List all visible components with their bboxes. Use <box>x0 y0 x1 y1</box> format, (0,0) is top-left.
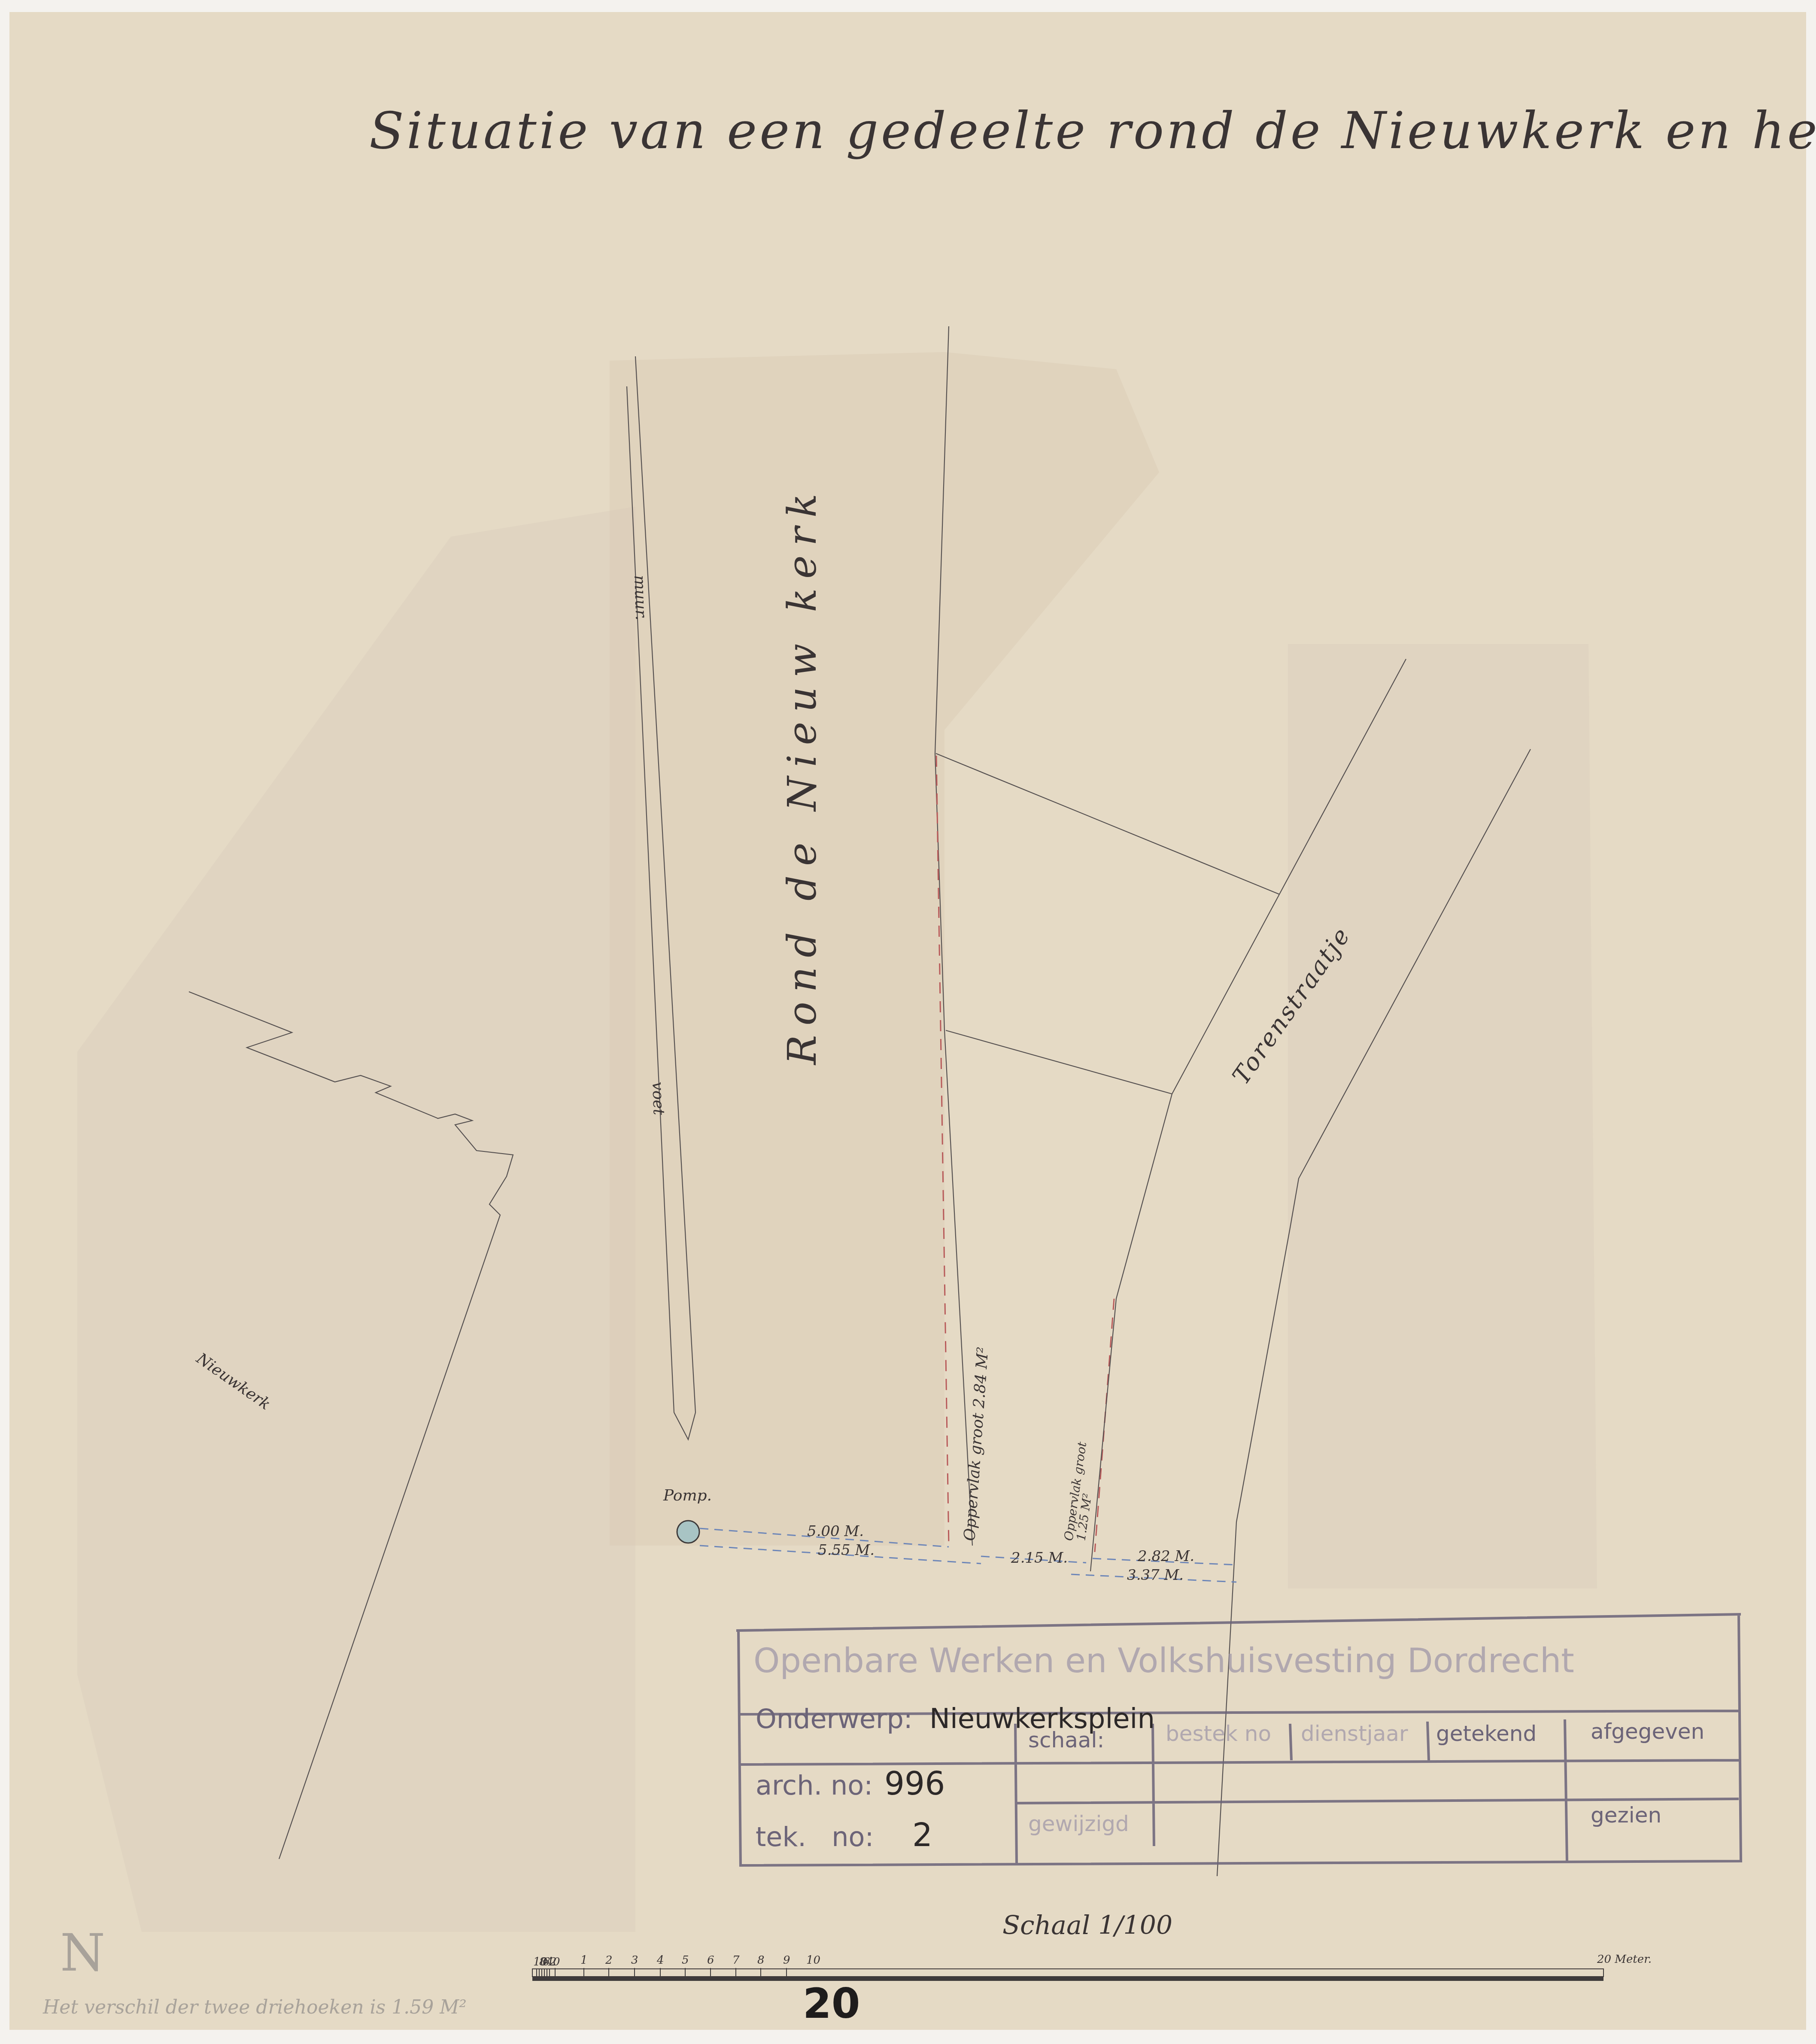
scale-end-label: 20 Meter. <box>1597 1953 1652 1966</box>
scale-label-7: 7 <box>732 1954 740 1967</box>
dim-label-4: 2.82 M. <box>1137 1548 1194 1565</box>
scale-label-4: 4 <box>656 1954 664 1967</box>
pump-icon <box>677 1521 699 1543</box>
stamp-col-schaal: schaal: <box>1028 1728 1104 1752</box>
stamp-col-bestek: bestek no <box>1166 1721 1271 1746</box>
stamp-tek-label: tek. no: <box>756 1821 874 1853</box>
street-label-rond-de-nieuwkerk: Rond de Nieuw kerk <box>779 484 825 1066</box>
dim-label-5: 3.37 M. <box>1127 1567 1184 1584</box>
scale-title: Schaal 1/100 <box>1002 1910 1172 1941</box>
scale-label-10: 10 <box>806 1954 820 1967</box>
wall-label-lower: voet <box>649 1081 668 1116</box>
wall-label-upper: muur. <box>631 575 650 621</box>
pump-label: Pomp. <box>663 1487 712 1504</box>
scale-label-3: 3 <box>631 1954 638 1967</box>
stamp-col-gezien: gezien <box>1591 1803 1661 1828</box>
stamp-col-gewijzigd: gewijzigd <box>1028 1811 1129 1836</box>
scale-label-1: 1 <box>580 1954 588 1967</box>
scale-label-2: 2 <box>605 1954 613 1967</box>
stamp-tek-value: 2 <box>912 1817 932 1854</box>
stamp-col-getekend: getekend <box>1436 1721 1537 1746</box>
stamp-header: Openbare Werken en Volkshuisvesting Dord… <box>753 1642 1574 1680</box>
scale-label-6: 6 <box>707 1954 714 1967</box>
dim-label-1: 5.00 M. <box>807 1523 864 1540</box>
scale-sub-label-5: 0 <box>553 1956 560 1968</box>
dim-label-3: 2.15 M. <box>1011 1549 1068 1567</box>
map-sheet: Situatie van een gedeelte rond de Nieuwk… <box>0 0 1816 2044</box>
stamp-arch-label: arch. no: <box>756 1770 873 1801</box>
dim-label-2: 5.55 M. <box>818 1542 875 1559</box>
stamp-arch-value: 996 <box>884 1765 945 1802</box>
stamp-col-dienstjaar: dienstjaar <box>1301 1721 1408 1746</box>
scale-label-8: 8 <box>757 1954 765 1967</box>
sheet-number: 20 <box>803 1980 860 2028</box>
north-indicator: N <box>60 1923 105 1983</box>
scale-label-9: 9 <box>783 1954 790 1967</box>
stamp-col-afgegeven: afgegeven <box>1591 1719 1704 1744</box>
wash-right <box>1288 644 1597 1588</box>
map-title: Situatie van een gedeelte rond de Nieuwk… <box>369 101 1816 160</box>
scale-label-5: 5 <box>682 1954 689 1967</box>
stamp-subject-label: Onderwerp: <box>756 1703 913 1734</box>
pencil-note: Het verschil der twee driehoeken is 1.59… <box>43 1996 467 2018</box>
